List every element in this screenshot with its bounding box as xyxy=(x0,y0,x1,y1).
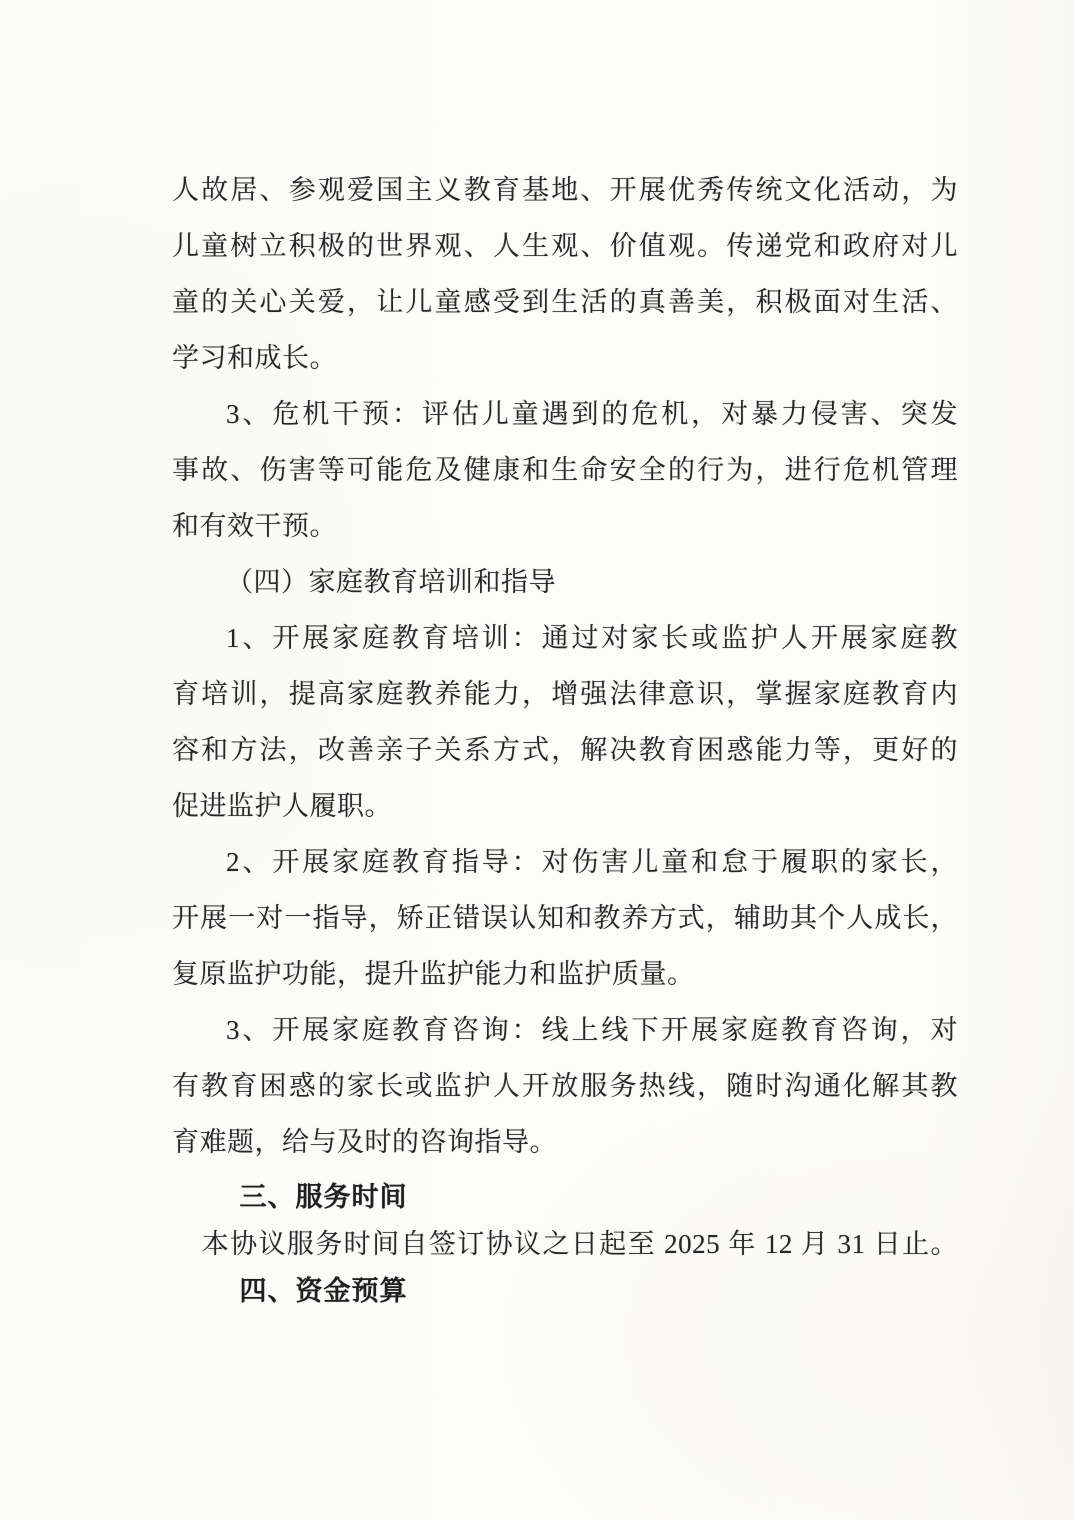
heading-service-time: 三、服务时间 xyxy=(172,1174,958,1221)
text-line: 学习和成长。 xyxy=(172,330,958,386)
document-text-block: 人故居、参观爱国主义教育基地、开展优秀传统文化活动，为 儿童树立积极的世界观、人… xyxy=(172,162,958,1315)
text-line: 儿童树立积极的世界观、人生观、价值观。传递党和政府对儿 xyxy=(172,218,958,274)
text-line: 和有效干预。 xyxy=(172,498,958,554)
text-line: 人故居、参观爱国主义教育基地、开展优秀传统文化活动，为 xyxy=(172,162,958,218)
text-line: 育难题，给与及时的咨询指导。 xyxy=(172,1114,958,1170)
text-line: 开展一对一指导，矫正错误认知和教养方式，辅助其个人成长， xyxy=(172,890,958,946)
text-line: 有教育困惑的家长或监护人开放服务热线，随时沟通化解其教 xyxy=(172,1058,958,1114)
text-line: 促进监护人履职。 xyxy=(172,778,958,834)
text-line: 事故、伤害等可能危及健康和生命安全的行为，进行危机管理 xyxy=(172,442,958,498)
heading-budget: 四、资金预算 xyxy=(172,1268,958,1315)
document-page: 人故居、参观爱国主义教育基地、开展优秀传统文化活动，为 儿童树立积极的世界观、人… xyxy=(0,0,1074,1520)
text-line: （四）家庭教育培训和指导 xyxy=(172,554,958,610)
text-line: 2、开展家庭教育指导：对伤害儿童和怠于履职的家长， xyxy=(172,834,958,890)
text-line: 1、开展家庭教育培训：通过对家长或监护人开展家庭教 xyxy=(172,610,958,666)
text-line: 3、开展家庭教育咨询：线上线下开展家庭教育咨询，对 xyxy=(172,1002,958,1058)
text-line: 童的关心关爱，让儿童感受到生活的真善美，积极面对生活、 xyxy=(172,274,958,330)
text-line: 3、危机干预：评估儿童遇到的危机，对暴力侵害、突发 xyxy=(172,386,958,442)
text-line: 容和方法，改善亲子关系方式，解决教育困惑能力等，更好的 xyxy=(172,722,958,778)
text-line: 育培训，提高家庭教养能力，增强法律意识，掌握家庭教育内 xyxy=(172,666,958,722)
text-line: 复原监护功能，提升监护能力和监护质量。 xyxy=(172,946,958,1002)
text-line: 本协议服务时间自签订协议之日起至 2025 年 12 月 31 日止。 xyxy=(172,1221,958,1268)
